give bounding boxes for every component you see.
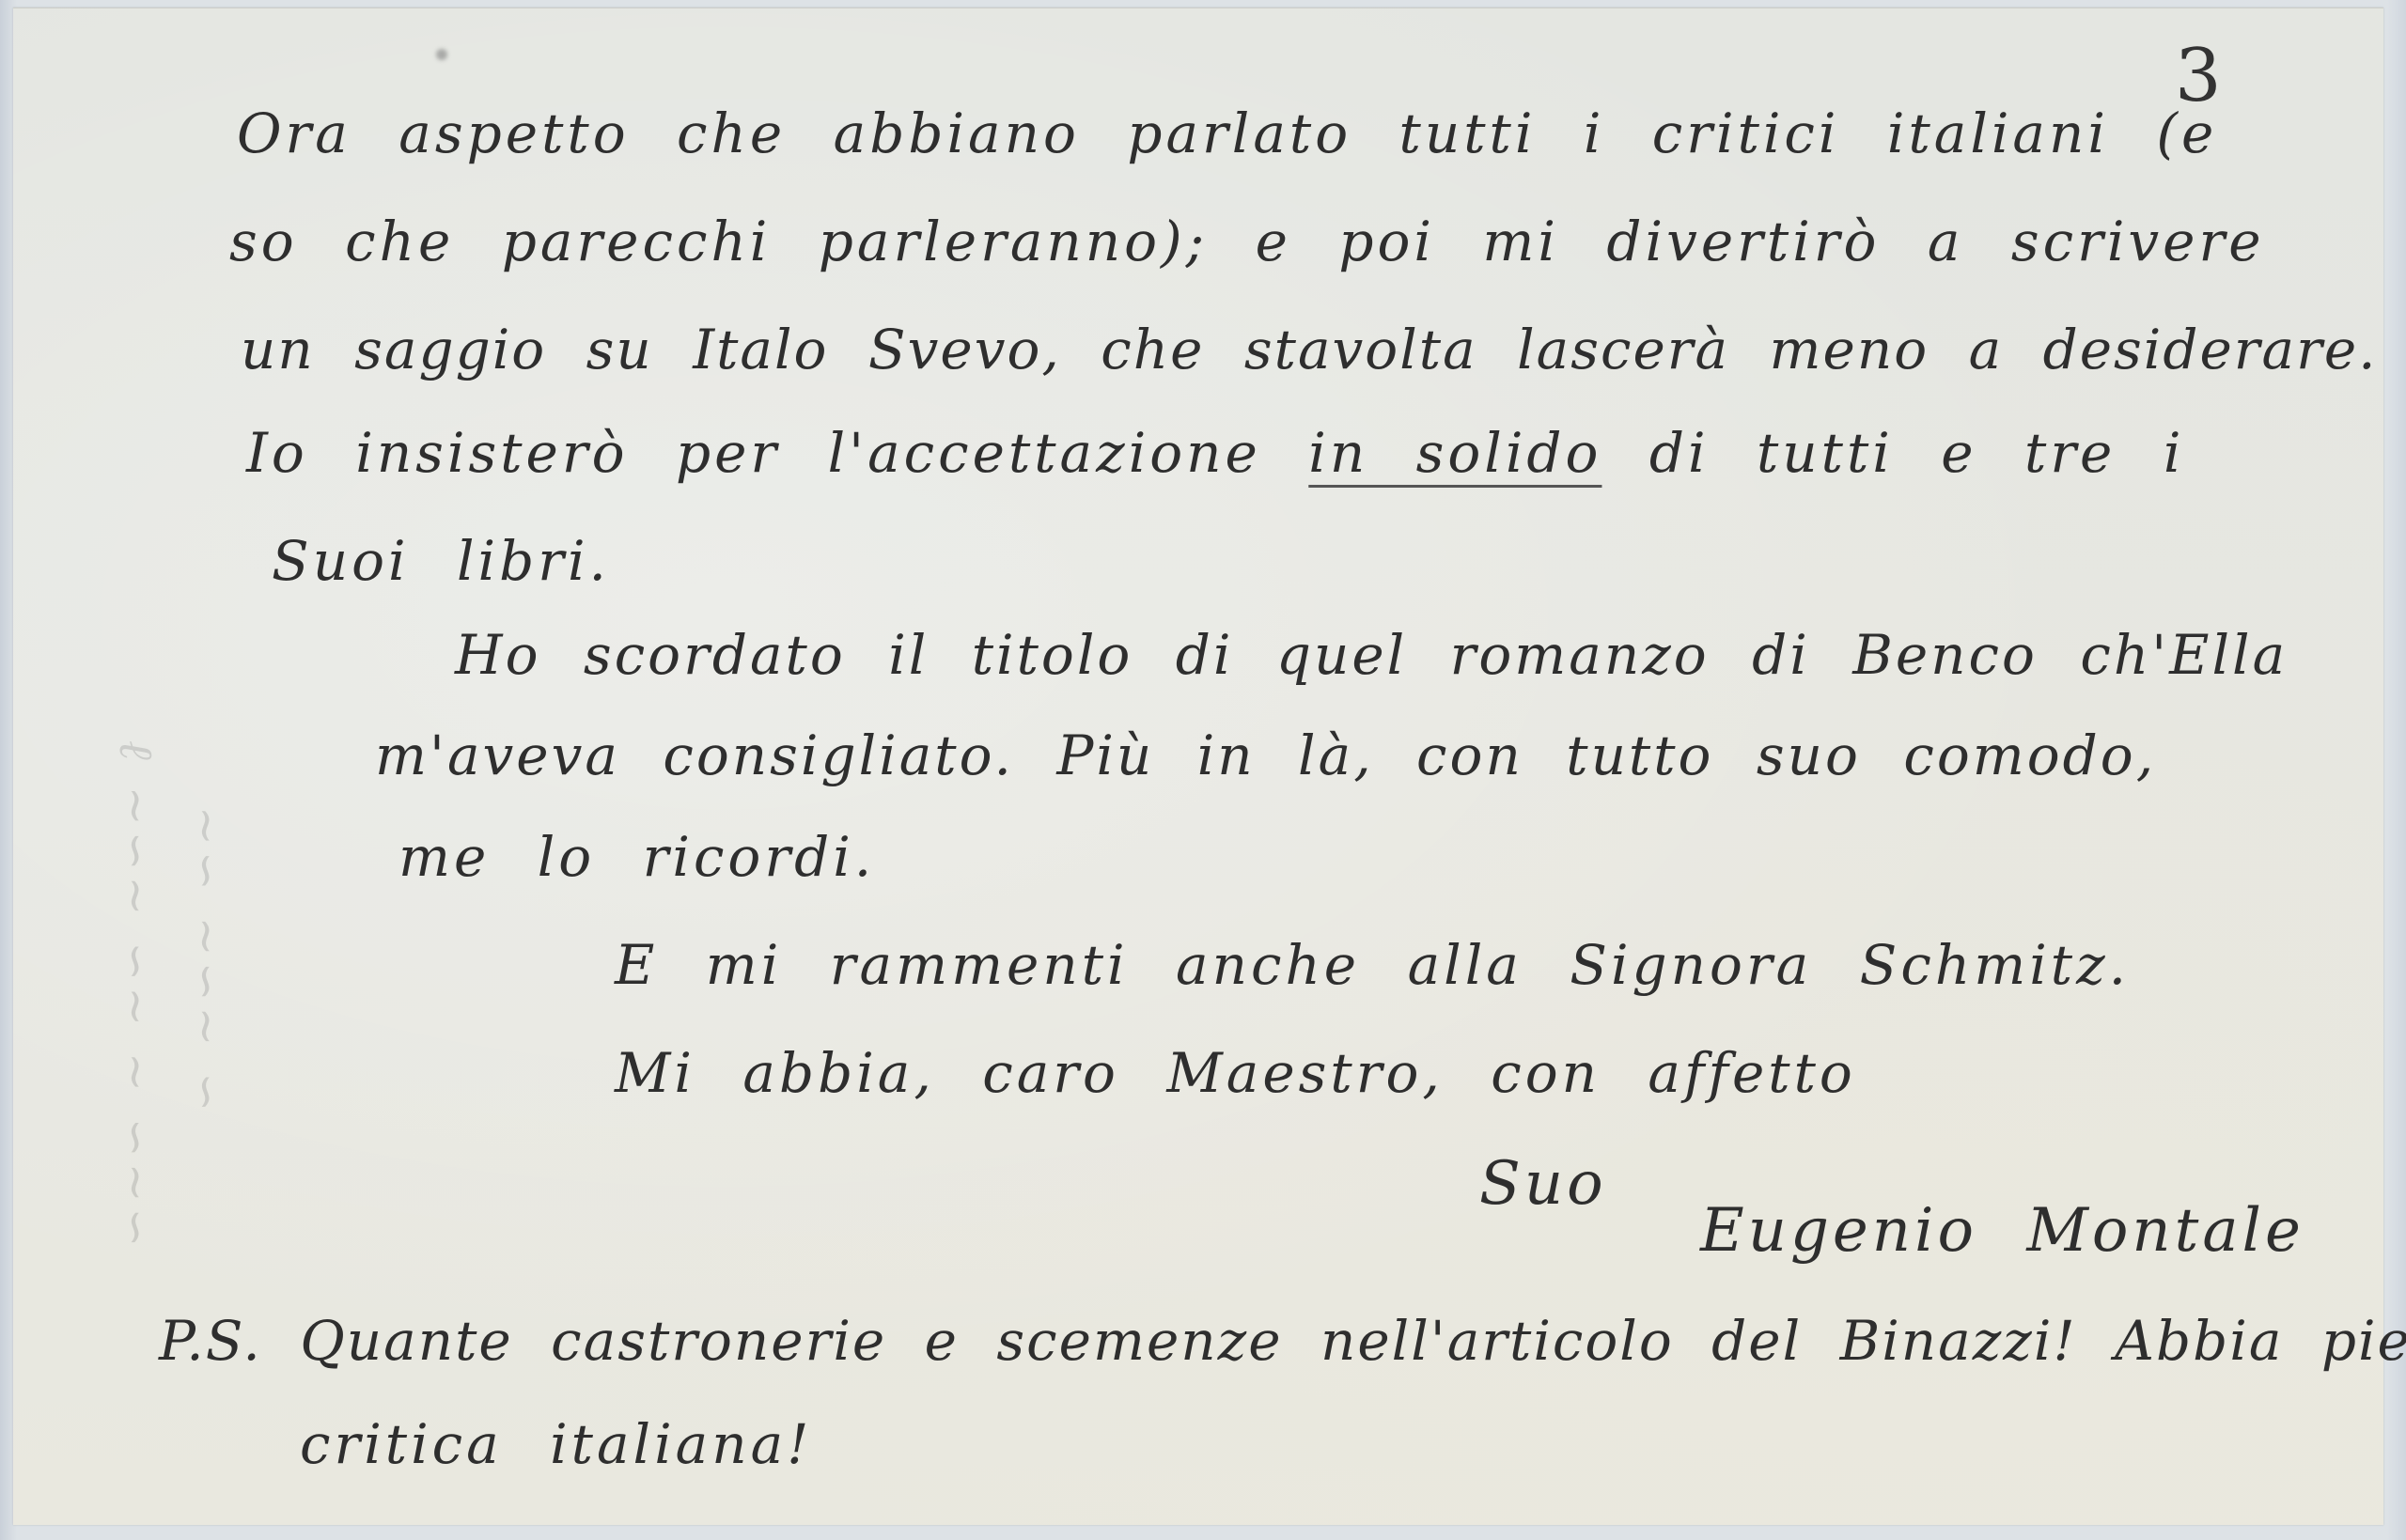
letter-line: so che parecchi parleranno); e poi mi di…	[229, 210, 2265, 273]
valediction: Suo	[1479, 1149, 1607, 1219]
letter-line: Io insisterò per l'accettazione in solid…	[246, 421, 2184, 485]
letter-line: E mi rammenti anche alla Signora Schmitz…	[615, 933, 2130, 997]
letter-line: m'aveva consigliato. Più in là, con tutt…	[375, 723, 2156, 787]
letter-line: Ho scordato il titolo di quel romanzo di…	[455, 623, 2288, 687]
paper-top-edge	[13, 8, 2383, 8]
letter-text: di tutti e tre i	[1601, 421, 2184, 485]
letter-line: un saggio su Italo Svevo, che stavolta l…	[241, 318, 2378, 381]
letter-sheet: 3 Ora aspetto che abbiano parlato tutti …	[13, 8, 2383, 1525]
postscript-label: P.S.	[159, 1309, 262, 1373]
bleed-through-writing: ∼∽ ∼∽∼ ∽	[180, 806, 234, 1117]
underlined-phrase: in solido	[1308, 421, 1601, 485]
letter-text: Io insisterò per l'accettazione	[246, 421, 1308, 485]
postscript-line: critica italiana!	[300, 1412, 812, 1476]
closing-line: Mi abbia, caro Maestro, con affetto	[615, 1041, 1856, 1105]
ink-smudge	[436, 49, 447, 60]
letter-line: Suoi libri.	[272, 529, 610, 593]
letter-line: me lo ricordi.	[398, 825, 875, 889]
postscript-text: Quante castronerie e scemenze nell'artic…	[300, 1309, 2406, 1373]
signature: Eugenio Montale	[1700, 1196, 2304, 1266]
postscript-line: P.S. Quante castronerie e scemenze nell'…	[159, 1309, 2406, 1373]
bleed-through-writing: ℓ ∼∽∼ ∽∼ ∼ ∽∼∽	[109, 740, 164, 1252]
letter-line: Ora aspetto che abbiano parlato tutti i …	[237, 101, 2217, 165]
